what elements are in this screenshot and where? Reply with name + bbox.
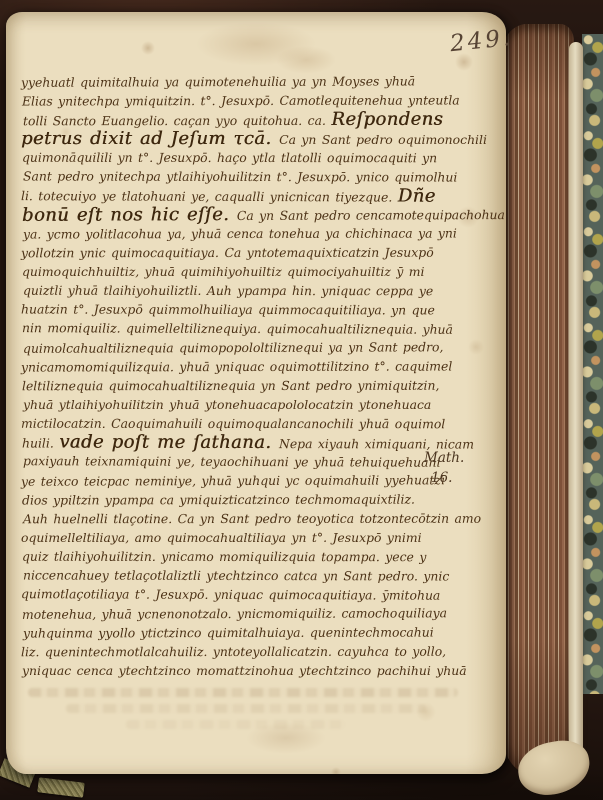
manuscript-line: quiztli yhuā tlaihiyohuiliztli. Auh ypam… [21, 281, 477, 301]
manuscript-text-segment: motenehua, yhuā ycnenonotzalo. ynicmomiq… [22, 605, 447, 622]
manuscript-text-segment: ya. ycmo yolitlacohua ya, yhuā cenca ton… [23, 225, 457, 241]
manuscript-line: ye teixco teicpac neminiye, yhuā yuhqui … [21, 470, 477, 491]
show-through-text [66, 704, 426, 713]
manuscript-text-segment: li. totecuiyo ye tlatohuani ye, caqualli… [21, 188, 398, 204]
manuscript-line: yyehuatl quimitalhuia ya quimotenehuilia… [21, 71, 477, 92]
manuscript-line: tolli Sancto Euangelio. caçan yyo quitoh… [21, 110, 477, 130]
manuscript-line: niccencahuey tetlaçotlaliztli ytechtzinc… [21, 565, 477, 585]
manuscript-line: bonū eſt nos hic eſſe. Ca yn Sant pedro … [21, 204, 477, 225]
manuscript-line: ya. ycmo yolitlacohua ya, yhuā cenca ton… [21, 223, 477, 243]
manuscript-line: petrus dixit ad Jeſum τcā. Ca yn Sant pe… [21, 129, 477, 148]
bookmark-ribbon [37, 777, 84, 797]
book-fore-edge [502, 24, 574, 776]
manuscript-text-segment: huili. [22, 435, 59, 450]
manuscript-line: paxiyauh teixnamiquini ye, teyaochihuani… [21, 451, 477, 472]
manuscript-text-segment: Sant pedro ynitechpa ytlaihiyohuilitzin … [23, 168, 457, 184]
manuscript-line: Elias ynitechpa ymiquitzin. t°. Jesuxpō.… [21, 90, 477, 110]
manuscript-text-segment: vade poſt me ſathana. [59, 432, 279, 454]
manuscript-line: yhuā ytlaihiyohuilitzin yhuā ytonehuacap… [21, 395, 477, 414]
manuscript-text-segment: huatzin t°. Jesuxpō quimmolhuiliaya quim… [21, 301, 435, 317]
manuscript-text-segment: quimoquichhuiltiz, yhuā quimihiyohuiltiz… [22, 264, 425, 279]
manuscript-text-segment: yollotzin ynic quimocaquitiaya. Ca yntot… [21, 245, 434, 261]
margin-note-book: Math. [424, 448, 486, 468]
manuscript-line: quimonāquilili yn t°. Jesuxpō. haço ytla… [21, 148, 477, 168]
manuscript-line: mictilocatzin. Caoquimahuili oquimoquala… [21, 414, 477, 434]
manuscript-line: Sant pedro ynitechpa ytlaihiyohuilitzin … [21, 166, 477, 186]
manuscript-line: motenehua, yhuā ycnenonotzalo. ynicmomiq… [21, 603, 477, 624]
manuscript-line: yuhquinma yyollo ytictzinco quimitalhuia… [21, 622, 477, 642]
manuscript-line: nin momiquiliz. quimelleltiliznequiya. q… [21, 318, 477, 339]
manuscript-line: li. totecuiyo ye tlatohuani ye, caqualli… [21, 185, 477, 206]
manuscript-line: quimoquichhuiltiz, yhuā quimihiyohuiltiz… [21, 262, 477, 281]
manuscript-text-segment: quimolcahualtiliznequia quimopopololtili… [23, 339, 443, 356]
manuscript-line: Auh huelnelli tlaçotine. Ca yn Sant pedr… [21, 509, 477, 529]
manuscript-line: oquimelleltiliaya, amo quimocahualtiliay… [21, 528, 477, 547]
manuscript-text-segment: quiz tlaihiyohuilitzin. ynicamo momiquil… [22, 549, 426, 564]
manuscript-line: huili. vade poſt me ſathana. Nepa xiyauh… [21, 432, 477, 452]
manuscript-line: huatzin t°. Jesuxpō quimmolhuiliaya quim… [21, 299, 477, 319]
manuscript-text-segment: quiztli yhuā tlaihiyohuiliztli. Auh ypam… [23, 283, 433, 299]
manuscript-line: dios ypiltzin ypampa ca ymiquizticatzinc… [21, 489, 477, 509]
show-through-text [126, 720, 346, 729]
manuscript-text-segment: Elias ynitechpa ymiquitzin. t°. Jesuxpō.… [22, 92, 460, 108]
manuscript-text-segment: Ca yn Sant pedro oquimonochili [279, 132, 487, 147]
show-through-text [28, 688, 458, 697]
manuscript-text-segment: Reſpondens [331, 109, 443, 130]
manuscript-line: yollotzin ynic quimocaquitiaya. Ca yntot… [21, 243, 477, 263]
manuscript-line: ynicamomomiquilizquia. yhuā yniquac oqui… [21, 356, 477, 376]
margin-note: Math. 16. [424, 448, 486, 488]
manuscript-line: quimolcahualtiliznequia quimopopololtili… [21, 337, 477, 358]
manuscript-text-segment: bonū eſt nos hic eſſe. [22, 204, 237, 226]
manuscript-text-segment: Auh huelnelli tlaçotine. Ca yn Sant pedr… [23, 511, 481, 527]
manuscript-text-segment: niccencahuey tetlaçotlaliztli ytechtzinc… [23, 567, 449, 583]
manuscript-text-segment: oquimelleltiliaya, amo quimocahualtiliay… [21, 530, 422, 545]
page-edge-strip [569, 42, 583, 754]
manuscript-line: quimotlaçotiliaya t°. Jesuxpō. yniquac q… [21, 584, 477, 605]
manuscript-text-segment: Ca yn Sant pedro cencamotequipachohua [237, 207, 505, 223]
manuscript-text-block: yyehuatl quimitalhuia ya quimotenehuilia… [21, 72, 477, 680]
manuscript-text-segment: yyehuatl quimitalhuia ya quimotenehuilia… [21, 73, 415, 89]
manuscript-text-segment: ynicamomomiquilizquia. yhuā yniquac oqui… [21, 359, 452, 375]
manuscript-text-segment: yuhquinma yyollo ytictzinco quimitalhuia… [23, 625, 434, 641]
manuscript-text-segment: ye teixco teicpac neminiye, yhuā yuhqui … [21, 472, 445, 489]
manuscript-page: 249. yyehuatl quimitalhuia ya quimoteneh… [6, 12, 506, 774]
marbled-cover [582, 34, 603, 694]
manuscript-text-segment: paxiyauh teixnamiquini ye, teyaochihuani… [23, 453, 441, 470]
manuscript-text-segment: liz. quenintechmotlalcahuiliz. yntoteyol… [21, 644, 446, 660]
manuscript-text-segment: yniquac cenca ytechtzinco momattzinohua … [22, 663, 467, 678]
manuscript-text-segment: leltiliznequia quimocahualtiliznequia yn… [22, 378, 439, 394]
manuscript-text-segment: mictilocatzin. Caoquimahuili oquimoquala… [21, 416, 445, 432]
manuscript-text-segment: quimonāquilili yn t°. Jesuxpō. haço ytla… [22, 150, 437, 166]
manuscript-line: quiz tlaihiyohuilitzin. ynicamo momiquil… [21, 547, 477, 567]
manuscript-text-segment: yhuā ytlaihiyohuilitzin yhuā ytonehuacap… [23, 397, 431, 412]
manuscript-text-segment: tolli Sancto Euangelio. caçan yyo quitoh… [23, 113, 331, 128]
page-number: 249. [449, 25, 515, 57]
manuscript-text-segment: quimotlaçotiliaya t°. Jesuxpō. yniquac q… [21, 586, 440, 603]
manuscript-line: liz. quenintechmotlalcahuiliz. yntoteyol… [21, 642, 477, 662]
manuscript-line: leltiliznequia quimocahualtiliznequia yn… [21, 376, 477, 396]
manuscript-line: yniquac cenca ytechtzinco momattzinohua … [21, 661, 477, 680]
manuscript-text-segment: dios ypiltzin ypampa ca ymiquizticatzinc… [22, 492, 415, 508]
margin-note-chapter: 16. [424, 468, 486, 488]
manuscript-text-segment: petrus dixit ad Jeſum τcā. [21, 128, 279, 149]
manuscript-text-segment: nin momiquiliz. quimelleltiliznequiya. q… [22, 320, 453, 337]
